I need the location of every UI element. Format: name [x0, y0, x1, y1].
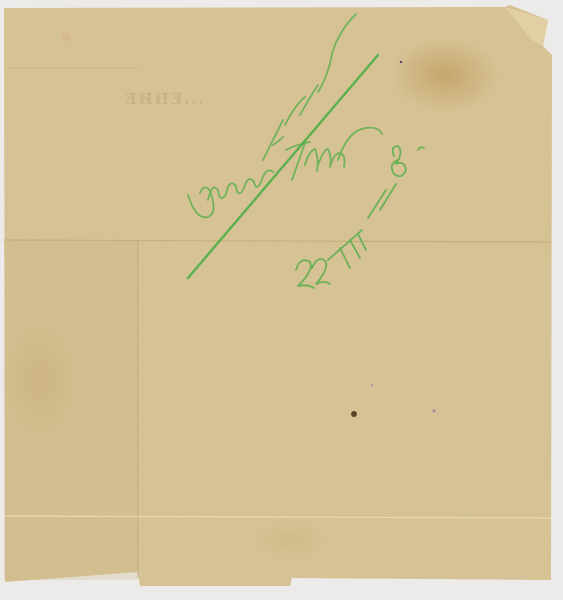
handwritten-annotation	[0, 0, 563, 600]
